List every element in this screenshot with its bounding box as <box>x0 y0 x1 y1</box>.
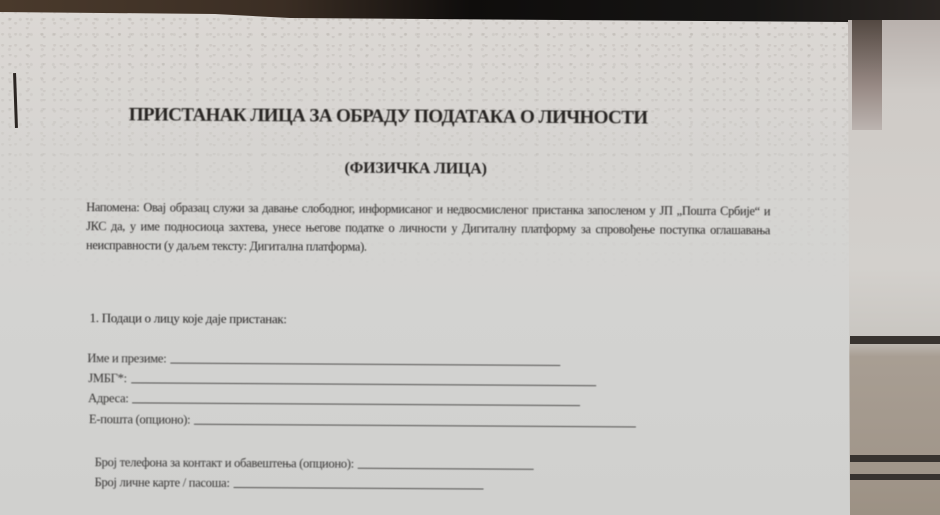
field-phone[interactable]: Број телефона за контакт и обавештења (о… <box>95 455 534 473</box>
field-label: Е-пошта (опционо): <box>89 412 190 428</box>
field-full-name[interactable]: Име и презиме: <box>87 351 560 369</box>
field-email[interactable]: Е-пошта (опционо): <box>89 412 636 430</box>
fill-in-line[interactable] <box>358 468 534 470</box>
form-note: Напомена: Овај образац служи за давање с… <box>86 198 770 259</box>
fill-in-line[interactable] <box>132 402 580 406</box>
field-label: Име и презиме: <box>87 351 166 366</box>
field-label: ЈМБГ*: <box>88 371 127 386</box>
background-shelf-band <box>850 336 940 344</box>
field-label: Број личне карте / пасоша: <box>95 475 230 491</box>
form-subtitle: (ФИЗИЧКА ЛИЦА) <box>344 160 486 179</box>
background-post <box>852 20 882 130</box>
field-label: Број телефона за контакт и обавештења (о… <box>95 455 354 472</box>
paper-sheet: ПРИСТАНАК ЛИЦА ЗА ОБРАДУ ПОДАТАКА О ЛИЧН… <box>0 0 850 515</box>
fill-in-line[interactable] <box>131 382 596 386</box>
fill-in-line[interactable] <box>170 363 560 366</box>
section-1-heading: 1. Подаци о лицу које даје пристанак: <box>90 310 287 327</box>
form-title: ПРИСТАНАК ЛИЦА ЗА ОБРАДУ ПОДАТАКА О ЛИЧН… <box>129 104 729 130</box>
background-shelf-band <box>850 455 940 462</box>
background-shelf-band <box>850 474 940 480</box>
fill-in-line[interactable] <box>194 424 636 428</box>
field-id-number[interactable]: Број личне карте / пасоша: <box>95 475 484 492</box>
field-label: Адреса: <box>88 391 129 406</box>
field-address[interactable]: Адреса: <box>88 391 581 409</box>
fill-in-line[interactable] <box>234 487 484 490</box>
consent-form: ПРИСТАНАК ЛИЦА ЗА ОБРАДУ ПОДАТАКА О ЛИЧН… <box>0 0 852 515</box>
field-jmbg[interactable]: ЈМБГ*: <box>88 371 596 389</box>
